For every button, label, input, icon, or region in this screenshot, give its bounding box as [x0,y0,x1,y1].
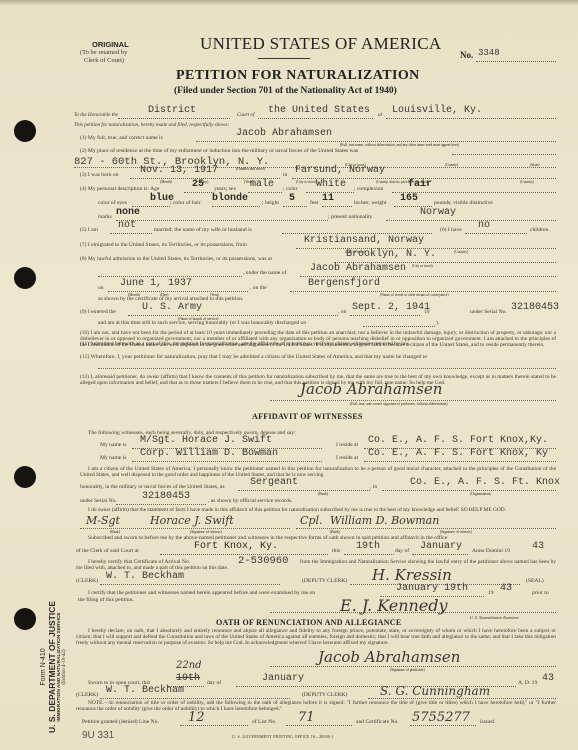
line-number: 12 [188,710,205,725]
deputy-clerk-signature: H. Kressin [372,566,452,584]
distinctive-marks: none [116,207,140,218]
organization: Co. E., A. F. S. Ft. Knox [410,477,560,488]
court-place: Fort Knox, Ky. [194,541,278,552]
edition: (Edition 4-10-42) [62,592,67,742]
oath-day-correction: 22nd [176,660,202,671]
punch-hole [14,466,36,488]
original-label: ORIGINAL [92,40,129,49]
height-feet: 5 [289,193,295,204]
witness-residence: Co. E., A. F. S. Fort Knox, Ky [368,448,548,459]
certificate-number: 5755277 [412,710,470,725]
sex: male [250,179,274,190]
archive-number: 9U 331 [82,730,114,741]
admission-place: Brooklyn, N. Y. [346,249,436,260]
punch-hole [14,120,36,142]
oath-day-struck: 19th [176,673,200,684]
court-location: Louisville, Ky. [392,105,482,116]
height-inches: 11 [322,193,334,204]
affidavit-month: January [420,541,462,552]
emigrated-from: Kristiansand, Norway [304,235,424,246]
divider [258,58,310,59]
punch-hole [14,608,36,630]
page-title: PETITION FOR NATURALIZATION [176,68,420,84]
oath-heading: OATH OF RENUNCIATION AND ALLEGIANCE [216,618,401,627]
service-branch: U. S. Army [142,302,202,313]
examined-year: 43 [500,583,512,594]
department-name: U. S. DEPARTMENT OF JUSTICE [47,592,57,742]
witness-signature: Horace J. Swift [150,514,234,527]
original-note: (To be retained by [80,49,127,56]
examined-date: January 19th [396,583,468,594]
oath-text: I hereby declare, on oath, that I absolu… [76,628,556,647]
age: 25 [192,179,204,190]
oath-month: January [262,673,304,684]
original-note: Clerk of Court) [84,57,124,64]
number-label: No. [460,50,473,60]
witness-signature: Cpl. [300,514,322,527]
petition-number: 3348 [478,48,500,58]
printer-imprint: U. S. GOVERNMENT PRINTING OFFICE 16—2803… [232,735,334,739]
rank: Sergeant [250,477,298,488]
country-heading: UNITED STATES OF AMERICA [200,34,442,54]
weight: 165 [400,193,418,204]
affidavit-heading: AFFIDAVIT OF WITNESSES [252,412,363,421]
punch-hole [14,267,36,289]
form-sidebar: Form N-410 U. S. DEPARTMENT OF JUSTICE I… [40,592,67,742]
oath-deputy-signature: S. G. Cunningham [380,684,490,698]
vessel-name: Bergensfjord [308,278,380,289]
witness-name: Corp. William D. Bowman [140,448,278,459]
list-number: 71 [298,710,315,725]
petitioner-oath-signature: Jacob Abrahamsen [318,648,460,666]
birth-place: Farsund, Norway [295,165,385,176]
nobility-note: NOTE.—In renunciation of title or order … [76,700,556,712]
form-number: Form N-410 [40,592,47,742]
witness-signature: William D. Bowman [330,514,439,527]
witness-signature: M-Sgt [86,514,120,527]
color: White [316,179,346,190]
statement-11: (11) Submitted herewith as a part of thi… [80,341,410,347]
oath-clerk-name: W. T. Beckham [106,685,184,696]
page-subtitle: (Filed under Section 701 of the National… [174,86,397,96]
full-name: Jacob Abrahamsen [236,128,332,139]
affidavit-year: 43 [532,541,544,552]
complexion: fair [408,179,432,190]
witness-name: M/Sgt. Horace J. Swift [140,435,272,446]
nationality: Norway [420,207,456,218]
birth-date: Nov. 13, 1917 [140,165,218,176]
hair-color: blonde [212,193,248,204]
petition-document: ORIGINAL (To be retained by Clerk of Cou… [0,0,578,750]
affidavit-day: 19th [356,541,380,552]
witness-residence: Co. E., A. F. S. Fort Knox,Ky. [368,435,548,446]
admission-date: June 1, 1937 [120,278,192,289]
witness-serial: 32180453 [142,491,190,502]
admission-name: Jacob Abrahamsen [310,263,406,274]
clerk-name: W. T. Beckham [106,571,184,582]
serial-number: 32180453 [511,302,559,313]
statement-12: (12) Wherefore, I, your petitioner for n… [80,354,427,360]
children-count: no [478,220,490,231]
petitioner-signature: Jacob Abrahamsen [300,380,442,398]
oath-year: 43 [542,673,554,684]
service-date: Sept. 2, 1941 [352,302,430,313]
court-type: District [148,105,196,116]
swear-statement: I do swear (affirm) that the statement o… [80,507,556,513]
married-status: not [118,220,136,231]
court-of: the United States [268,105,370,116]
